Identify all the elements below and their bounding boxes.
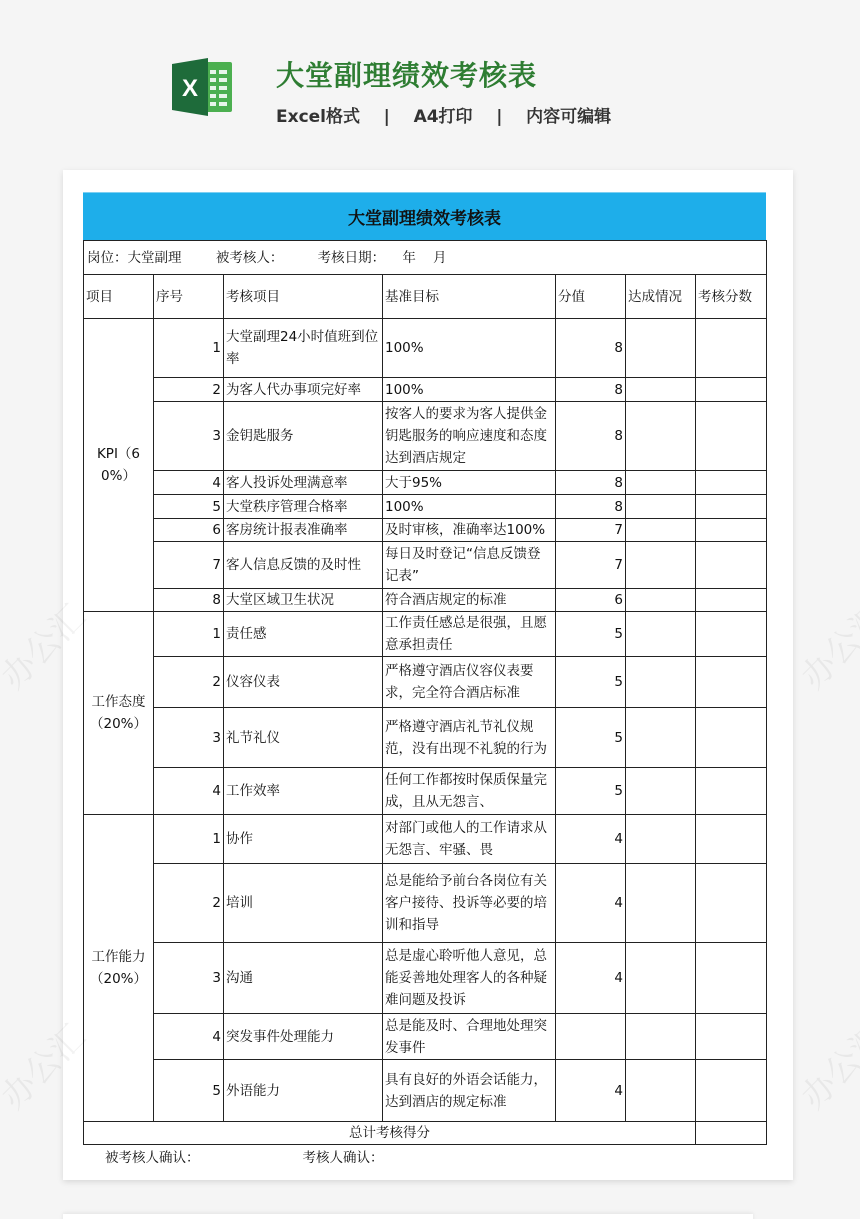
table-row: 4 工作效率 任何工作都按时保质保量完成，且从无怨言、 5 <box>84 768 767 815</box>
result-cell[interactable] <box>696 319 767 378</box>
table-row: 4 突发事件处理能力 总是能及时、合理地处理突发事件 <box>84 1014 767 1060</box>
target-cell[interactable]: 总是能给予前台各岗位有关客户接待、投诉等必要的培训和指导 <box>383 864 556 943</box>
target-cell[interactable]: 100% <box>383 495 556 519</box>
info-line[interactable]: 岗位：大堂副理 被考核人： 考核日期： 年 月 <box>84 241 767 275</box>
target-text: 严格遵守酒店仪容仪表要求，完全符合酒店标准 <box>385 660 553 704</box>
item-cell[interactable]: 大堂秩序管理合格率 <box>224 495 383 519</box>
col-header-score: 分值 <box>556 275 626 319</box>
target-cell[interactable]: 具有良好的外语会话能力，达到酒店的规定标准 <box>383 1060 556 1122</box>
target-cell[interactable]: 严格遵守酒店礼节礼仪规范，没有出现不礼貌的行为 <box>383 708 556 768</box>
score-cell[interactable]: 8 <box>556 319 626 378</box>
score-cell[interactable]: 5 <box>556 657 626 708</box>
achievement-cell[interactable] <box>626 1060 696 1122</box>
seq-cell[interactable]: 1 <box>154 612 224 657</box>
table-row: 5 大堂秩序管理合格率 100% 8 <box>84 495 767 519</box>
sheet-title-banner: 大堂副理绩效考核表 <box>83 192 766 240</box>
document-page: 大堂副理绩效考核表 岗位：大堂副理 被考核人： 考核日期： 年 月 项目 序号 … <box>63 170 793 1180</box>
seq-cell[interactable]: 2 <box>154 657 224 708</box>
achievement-cell[interactable] <box>626 708 696 768</box>
result-cell[interactable] <box>696 815 767 864</box>
result-cell[interactable] <box>696 471 767 495</box>
target-text: 严格遵守酒店礼节礼仪规范，没有出现不礼貌的行为 <box>385 716 553 760</box>
category-cell[interactable]: 工作态度（20%） <box>84 612 154 815</box>
seq-cell[interactable]: 5 <box>154 495 224 519</box>
table-row: 3 金钥匙服务 按客人的要求为客人提供金钥匙服务的响应速度和态度达到酒店规定 8 <box>84 402 767 471</box>
table-row: 2 仪容仪表 严格遵守酒店仪容仪表要求，完全符合酒店标准 5 <box>84 657 767 708</box>
target-text: 总是虚心聆听他人意见，总能妥善地处理客人的各种疑难问题及投诉 <box>385 945 553 1011</box>
achievement-cell[interactable] <box>626 495 696 519</box>
target-cell[interactable]: 大于95% <box>383 471 556 495</box>
brand-title: 大堂副理绩效考核表 <box>276 54 537 94</box>
total-row: 总计考核得分 <box>84 1122 767 1145</box>
category-cell[interactable]: 工作能力（20%） <box>84 815 154 1122</box>
item-cell[interactable]: 大堂区域卫生状况 <box>224 589 383 612</box>
header-row: 项目 序号 考核项目 基准目标 分值 达成情况 考核分数 <box>84 275 767 319</box>
target-cell[interactable]: 任何工作都按时保质保量完成，且从无怨言、 <box>383 768 556 815</box>
table-row: 工作态度（20%） 1 责任感 工作责任感总是很强，且愿意承担责任 5 <box>84 612 767 657</box>
result-cell[interactable] <box>696 657 767 708</box>
result-cell[interactable] <box>696 943 767 1014</box>
score-cell[interactable]: 4 <box>556 1060 626 1122</box>
seq-cell[interactable]: 4 <box>154 1014 224 1060</box>
seq-cell[interactable]: 3 <box>154 943 224 1014</box>
target-text: 总是能给予前台各岗位有关客户接待、投诉等必要的培训和指导 <box>385 870 553 936</box>
score-cell[interactable]: 8 <box>556 471 626 495</box>
table-row: 工作能力（20%） 1 协作 对部门或他人的工作请求从无怨言、牢骚、畏 4 <box>84 815 767 864</box>
score-cell[interactable]: 7 <box>556 519 626 542</box>
watermark: 办公汇 <box>788 1011 860 1118</box>
result-cell[interactable] <box>696 378 767 402</box>
target-text: 具有良好的外语会话能力，达到酒店的规定标准 <box>385 1069 553 1113</box>
achievement-cell[interactable] <box>626 768 696 815</box>
target-cell[interactable]: 总是能及时、合理地处理突发事件 <box>383 1014 556 1060</box>
target-cell[interactable]: 工作责任感总是很强，且愿意承担责任 <box>383 612 556 657</box>
item-cell[interactable]: 外语能力 <box>224 1060 383 1122</box>
result-cell[interactable] <box>696 495 767 519</box>
achievement-cell[interactable] <box>626 1014 696 1060</box>
brand-header: X 大堂副理绩效考核表 Excel格式 | A4打印 | 内容可编辑 <box>0 0 860 160</box>
seq-cell[interactable]: 2 <box>154 378 224 402</box>
table-row: 3 沟通 总是虚心聆听他人意见，总能妥善地处理客人的各种疑难问题及投诉 4 <box>84 943 767 1014</box>
item-cell[interactable]: 礼节礼仪 <box>224 708 383 768</box>
result-cell[interactable] <box>696 519 767 542</box>
signature-line: 被考核人确认： 考核人确认： <box>105 1146 384 1166</box>
table-row: 8 大堂区域卫生状况 符合酒店规定的标准 6 <box>84 589 767 612</box>
target-cell[interactable]: 每日及时登记“信息反馈登记表” <box>383 542 556 589</box>
target-text: 总是能及时、合理地处理突发事件 <box>385 1015 553 1059</box>
target-text: 任何工作都按时保质保量完成，且从无怨言、 <box>385 769 553 813</box>
score-cell[interactable]: 8 <box>556 402 626 471</box>
svg-text:X: X <box>182 75 198 102</box>
achievement-cell[interactable] <box>626 943 696 1014</box>
achievement-cell[interactable] <box>626 815 696 864</box>
table-row: 6 客房统计报表准确率 及时审核，准确率达100% 7 <box>84 519 767 542</box>
seq-cell[interactable]: 4 <box>154 768 224 815</box>
total-label: 总计考核得分 <box>84 1122 696 1145</box>
achievement-cell[interactable] <box>626 402 696 471</box>
target-cell[interactable]: 符合酒店规定的标准 <box>383 589 556 612</box>
result-cell[interactable] <box>696 542 767 589</box>
item-cell[interactable]: 协作 <box>224 815 383 864</box>
table-row: 3 礼节礼仪 严格遵守酒店礼节礼仪规范，没有出现不礼貌的行为 5 <box>84 708 767 768</box>
score-cell[interactable] <box>556 1014 626 1060</box>
seq-cell[interactable]: 3 <box>154 402 224 471</box>
table-row: 2 培训 总是能给予前台各岗位有关客户接待、投诉等必要的培训和指导 4 <box>84 864 767 943</box>
result-cell[interactable] <box>696 612 767 657</box>
result-cell[interactable] <box>696 768 767 815</box>
achievement-cell[interactable] <box>626 542 696 589</box>
appraisal-table: 岗位：大堂副理 被考核人： 考核日期： 年 月 项目 序号 考核项目 基准目标 … <box>83 240 767 1145</box>
table-row: 4 客人投诉处理满意率 大于95% 8 <box>84 471 767 495</box>
seq-cell[interactable]: 1 <box>154 319 224 378</box>
achievement-cell[interactable] <box>626 612 696 657</box>
result-cell[interactable] <box>696 1014 767 1060</box>
result-cell[interactable] <box>696 589 767 612</box>
score-cell[interactable]: 8 <box>556 495 626 519</box>
item-cell[interactable]: 客人信息反馈的及时性 <box>224 542 383 589</box>
col-header-result: 考核分数 <box>696 275 767 319</box>
table-row: 7 客人信息反馈的及时性 每日及时登记“信息反馈登记表” 7 <box>84 542 767 589</box>
item-cell[interactable]: 客人投诉处理满意率 <box>224 471 383 495</box>
item-cell[interactable]: 客房统计报表准确率 <box>224 519 383 542</box>
seq-cell[interactable]: 6 <box>154 519 224 542</box>
target-cell[interactable]: 100% <box>383 319 556 378</box>
col-header-item: 考核项目 <box>224 275 383 319</box>
result-cell[interactable] <box>696 402 767 471</box>
score-cell[interactable]: 5 <box>556 768 626 815</box>
score-cell[interactable]: 5 <box>556 612 626 657</box>
score-cell[interactable]: 4 <box>556 943 626 1014</box>
result-cell[interactable] <box>696 1060 767 1122</box>
item-cell[interactable]: 仪容仪表 <box>224 657 383 708</box>
item-cell[interactable]: 沟通 <box>224 943 383 1014</box>
target-cell[interactable]: 总是虚心聆听他人意见，总能妥善地处理客人的各种疑难问题及投诉 <box>383 943 556 1014</box>
score-cell[interactable]: 7 <box>556 542 626 589</box>
item-cell[interactable]: 突发事件处理能力 <box>224 1014 383 1060</box>
target-cell[interactable]: 及时审核，准确率达100% <box>383 519 556 542</box>
table-row: KPI（60%） 1 大堂副理24小时值班到位率 100% 8 <box>84 319 767 378</box>
target-text: 按客人的要求为客人提供金钥匙服务的响应速度和态度达到酒店规定 <box>385 403 553 469</box>
achievement-cell[interactable] <box>626 319 696 378</box>
seq-cell[interactable]: 4 <box>154 471 224 495</box>
col-header-achievement: 达成情况 <box>626 275 696 319</box>
item-cell[interactable]: 大堂副理24小时值班到位率 <box>224 319 383 378</box>
achievement-cell[interactable] <box>626 864 696 943</box>
achievement-cell[interactable] <box>626 378 696 402</box>
col-header-category: 项目 <box>84 275 154 319</box>
watermark: 办公汇 <box>788 591 860 698</box>
target-cell[interactable]: 对部门或他人的工作请求从无怨言、牢骚、畏 <box>383 815 556 864</box>
score-cell[interactable]: 5 <box>556 708 626 768</box>
table-row: 2 为客人代办事项完好率 100% 8 <box>84 378 767 402</box>
item-cell[interactable]: 责任感 <box>224 612 383 657</box>
target-cell[interactable]: 按客人的要求为客人提供金钥匙服务的响应速度和态度达到酒店规定 <box>383 402 556 471</box>
achievement-cell[interactable] <box>626 519 696 542</box>
achievement-cell[interactable] <box>626 589 696 612</box>
col-header-seq: 序号 <box>154 275 224 319</box>
target-text: 对部门或他人的工作请求从无怨言、牢骚、畏 <box>385 817 553 861</box>
seq-cell[interactable]: 8 <box>154 589 224 612</box>
col-header-target: 基准目标 <box>383 275 556 319</box>
score-cell[interactable]: 4 <box>556 864 626 943</box>
seq-cell[interactable]: 7 <box>154 542 224 589</box>
target-cell[interactable]: 严格遵守酒店仪容仪表要求，完全符合酒店标准 <box>383 657 556 708</box>
table-row: 5 外语能力 具有良好的外语会话能力，达到酒店的规定标准 4 <box>84 1060 767 1122</box>
category-cell[interactable]: KPI（60%） <box>84 319 154 612</box>
item-cell[interactable]: 工作效率 <box>224 768 383 815</box>
target-cell[interactable]: 100% <box>383 378 556 402</box>
target-text: 工作责任感总是很强，且愿意承担责任 <box>385 612 553 656</box>
score-cell[interactable]: 6 <box>556 589 626 612</box>
next-page-edge <box>63 1214 753 1219</box>
brand-subtitle: Excel格式 | A4打印 | 内容可编辑 <box>276 102 611 127</box>
item-cell[interactable]: 为客人代办事项完好率 <box>224 378 383 402</box>
result-cell[interactable] <box>696 708 767 768</box>
score-cell[interactable]: 4 <box>556 815 626 864</box>
result-cell[interactable] <box>696 864 767 943</box>
seq-cell[interactable]: 5 <box>154 1060 224 1122</box>
score-cell[interactable]: 8 <box>556 378 626 402</box>
excel-icon: X <box>170 56 234 118</box>
info-row: 岗位：大堂副理 被考核人： 考核日期： 年 月 <box>84 241 767 275</box>
achievement-cell[interactable] <box>626 471 696 495</box>
seq-cell[interactable]: 3 <box>154 708 224 768</box>
achievement-cell[interactable] <box>626 657 696 708</box>
seq-cell[interactable]: 1 <box>154 815 224 864</box>
total-score-cell[interactable] <box>696 1122 767 1145</box>
item-cell[interactable]: 金钥匙服务 <box>224 402 383 471</box>
item-cell[interactable]: 培训 <box>224 864 383 943</box>
seq-cell[interactable]: 2 <box>154 864 224 943</box>
spreadsheet: 大堂副理绩效考核表 岗位：大堂副理 被考核人： 考核日期： 年 月 项目 序号 … <box>83 192 766 1145</box>
